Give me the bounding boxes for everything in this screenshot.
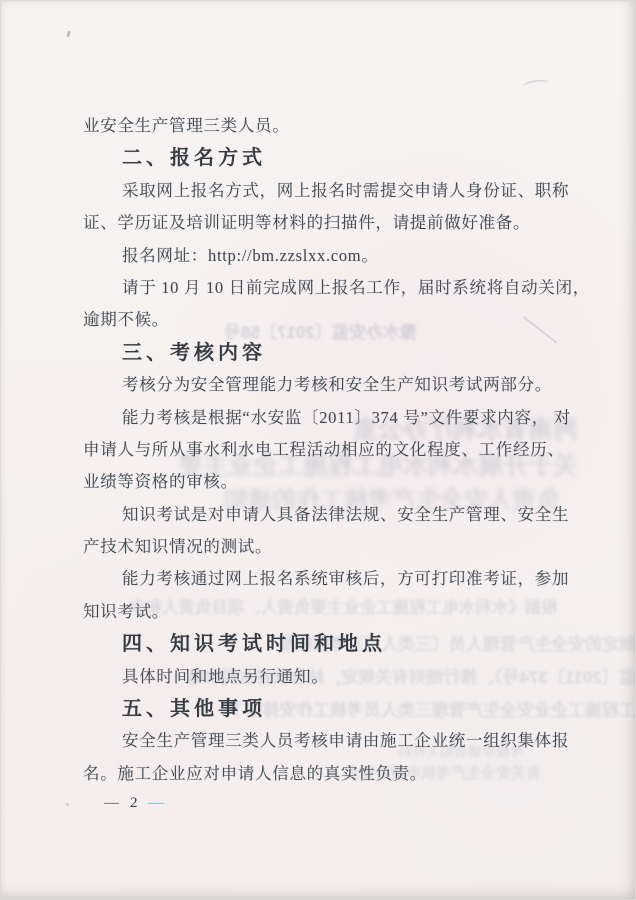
document-text-line: 三、考核内容 xyxy=(83,337,583,369)
document-text-line: 申请人与所从事水利水电工程活动相应的文化程度、工作经历、 xyxy=(83,434,583,466)
document-text-line: 采取网上报名方式，网上报名时需提交申请人身份证、职称 xyxy=(83,175,583,207)
document-text-line: 能力考核是根据“水安监〔2011〕374 号”文件要求内容， 对 xyxy=(83,402,583,434)
document-text-line: 安全生产管理三类人员考核申请由施工企业统一组织集体报 xyxy=(83,725,583,757)
document-text-line: 知识考试是对申请人具备法律法规、安全生产管理、安全生 xyxy=(83,499,583,531)
document-text-line: 四、知识考试时间和地点 xyxy=(83,628,583,660)
document-text-line: 请于 10 月 10 日前完成网上报名工作，届时系统将自动关闭， xyxy=(83,272,583,304)
document-text-line: 报名网址：http://bm.zzslxx.com。 xyxy=(83,240,583,272)
document-text-line: 具体时间和地点另行通知。 xyxy=(83,661,583,693)
document-text-line: 证、学历证及培训证明等材料的扫描件，请提前做好准备。 xyxy=(83,207,583,239)
document-text-line: 考核分为安全管理能力考核和安全生产知识考试两部分。 xyxy=(83,369,583,401)
footer-dash-right: — xyxy=(149,795,164,812)
document-text-line: 二、报名方式 xyxy=(83,142,583,174)
footer-page-number: 2 xyxy=(130,795,138,812)
document-text-line: 知识考试。 xyxy=(83,596,583,628)
document-text-line: 业安全生产管理三类人员。 xyxy=(83,110,583,142)
document-text: 业安全生产管理三类人员。 二、报名方式 采取网上报名方式，网上报名时需提交申请人… xyxy=(83,110,583,790)
scan-dot-mark xyxy=(66,803,69,806)
scanned-document-page: 豫水办安监〔2017〕58号 河南省水利厅办公室 关于开展水利水电工程施工企业主… xyxy=(0,0,636,900)
document-text-line: 五、其他事项 xyxy=(83,693,583,725)
document-text-line: 逾期不候。 xyxy=(83,304,583,336)
footer-dash-left: — xyxy=(104,795,119,812)
document-text-line: 能力考核通过网上报名系统审核后，方可打印准考证，参加 xyxy=(83,563,583,595)
page-footer: — 2 — xyxy=(104,795,164,812)
document-text-line: 产技术知识情况的测试。 xyxy=(83,531,583,563)
document-text-line: 名。施工企业应对申请人信息的真实性负责。 xyxy=(83,758,583,790)
document-text-line: 业绩等资格的审核。 xyxy=(83,466,583,498)
